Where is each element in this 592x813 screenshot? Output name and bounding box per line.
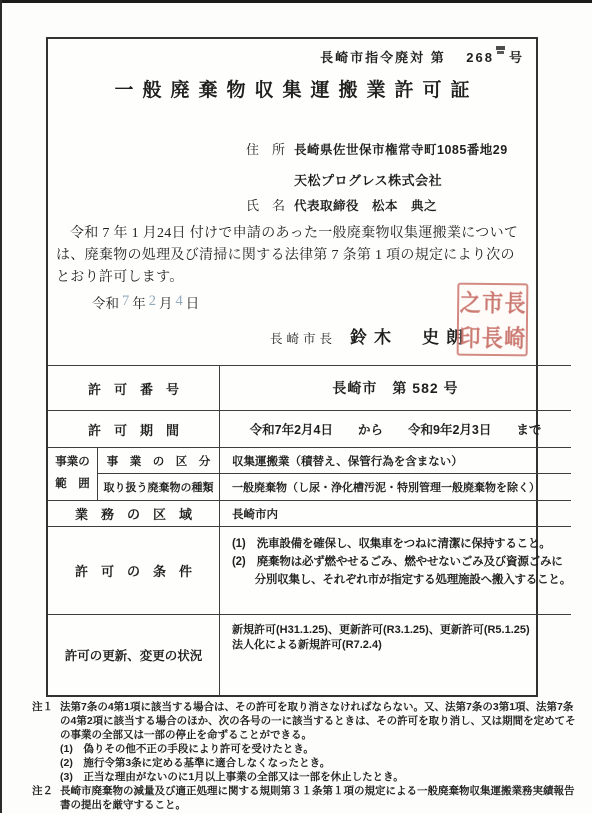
certificate-title: 一般廃棄物収集運搬業許可証 bbox=[48, 75, 536, 102]
seal-char: 印 bbox=[459, 317, 482, 356]
issue-date-year-unit: 年 bbox=[132, 296, 146, 311]
note-1-item: (2) 施行令第3条に定める基準に適合しなくなったとき。 bbox=[60, 756, 580, 770]
holder-address-row: 住 所 長崎県佐世保市権常寺町1085番地29 bbox=[246, 139, 508, 158]
note-2: 注２長崎市廃棄物の減量及び適正処理に関する規則第３１条第１項の規定による一般廃棄… bbox=[32, 784, 580, 812]
official-seal-stamp-icon: 之 市 長 印 長 崎 bbox=[457, 283, 529, 357]
business-scope-group-label: 事業の 範 囲 bbox=[48, 447, 97, 500]
scan-edge-left bbox=[0, 0, 2, 813]
permit-period-label: 許 可 期 間 bbox=[48, 410, 219, 447]
issue-date-year: 7 bbox=[122, 293, 129, 309]
holder-company-row: 天松プログレス株式会社 bbox=[294, 170, 442, 190]
issue-date-month-unit: 月 bbox=[159, 296, 173, 311]
issue-date-month: 2 bbox=[149, 293, 156, 309]
note-1-label: 注１ bbox=[32, 701, 53, 713]
permit-period-value: 令和7年2月4日 から 令和9年2月3日 まで bbox=[219, 410, 571, 447]
issuer-name: 鈴木 史朗 bbox=[350, 323, 470, 348]
issue-date-day: 4 bbox=[176, 293, 183, 309]
note-2-label: 注２ bbox=[32, 785, 53, 797]
seal-char: 長 bbox=[481, 317, 504, 356]
issue-date-day-unit: 日 bbox=[186, 296, 200, 311]
seal-char: 之 bbox=[459, 283, 482, 322]
issue-date-era: 令和 bbox=[92, 296, 119, 311]
permit-number-value: 長崎市 第 582 号 bbox=[219, 365, 571, 410]
footnotes: 注１法第7条の4第1項に該当する場合は、その許可を取り消さなければならない。又、… bbox=[32, 700, 580, 813]
permit-number-label: 許 可 番 号 bbox=[48, 365, 219, 410]
issue-date: 令和7年2月4日 bbox=[92, 292, 199, 313]
note-1: 注１法第7条の4第1項に該当する場合は、その許可を取り消さなければならない。又、… bbox=[32, 700, 580, 742]
business-area-value: 長崎市内 bbox=[219, 500, 571, 526]
conditions-value: (1) 洗車設備を確保し、収集車をつねに清潔に保持すること。 (2) 廃棄物は必… bbox=[219, 526, 571, 614]
holder-name-row: 氏 名 代表取締役 松本 典之 bbox=[246, 195, 437, 214]
grant-statement: 令和 7 年 1 月24日 付けで申請のあった一般廃棄物収集運搬業については、廃… bbox=[56, 223, 520, 289]
condition-line: (1) 洗車設備を確保し、収集車をつねに清潔に保持すること。 bbox=[232, 536, 551, 554]
renewal-line: 法人化による新規許可(R7.2.4) bbox=[232, 638, 382, 653]
certificate-box: 長崎市指令廃対 第 268 号 一般廃棄物収集運搬業許可証 住 所 長崎県佐世保… bbox=[46, 37, 538, 697]
note-2-text: 長崎市廃棄物の減量及び適正処理に関する規則第３１条第１項の規定による一般廃棄物収… bbox=[60, 785, 575, 811]
company-name: 天松プログレス株式会社 bbox=[294, 173, 442, 188]
business-area-label: 業 務 の 区 域 bbox=[48, 500, 219, 526]
note-1-item: (1) 偽りその他不正の手段により許可を受けたとき。 bbox=[60, 742, 580, 756]
business-division-value: 収集運搬業（積替え、保管行為を含まない） bbox=[219, 447, 571, 473]
conditions-label: 許 可 の 条 件 bbox=[48, 526, 219, 614]
issuer-line: 長崎市長 鈴木 史朗 bbox=[270, 323, 470, 348]
waste-type-label: 取り扱う廃棄物の種類 bbox=[97, 473, 219, 500]
seal-char: 長 bbox=[504, 283, 527, 322]
seal-char: 市 bbox=[481, 283, 504, 322]
renewal-status-label: 許可の更新、変更の状況 bbox=[48, 614, 219, 695]
scanned-permit-page: 長崎市指令廃対 第 268 号 一般廃棄物収集運搬業許可証 住 所 長崎県佐世保… bbox=[0, 0, 592, 813]
scope-group-line1: 事業の bbox=[55, 452, 90, 474]
name-label: 氏 名 bbox=[246, 195, 286, 214]
scan-edge-top bbox=[0, 0, 592, 3]
renewal-line: 新規許可(H31.1.25)、更新許可(R3.1.25)、更新許可(R5.1.2… bbox=[232, 623, 530, 638]
business-division-label: 事 業 の 区 分 bbox=[97, 447, 219, 473]
condition-line: (2) 廃棄物は必ず燃やせるごみ、燃やせないごみ及び資源ごみに bbox=[232, 554, 563, 572]
issuer-title: 長崎市長 bbox=[270, 329, 336, 347]
seal-char: 崎 bbox=[503, 318, 526, 357]
document-number: 長崎市指令廃対 第 268 号 bbox=[320, 47, 524, 66]
address-label: 住 所 bbox=[246, 139, 286, 158]
note-1-text: 法第7条の4第1項に該当する場合は、その許可を取り消さなければならない。又、法第… bbox=[60, 701, 576, 741]
address-value: 長崎県佐世保市権常寺町1085番地29 bbox=[294, 140, 508, 158]
note-1-item: (3) 正当な理由がないのに1月以上事業の全部又は一部を休止したとき。 bbox=[60, 770, 580, 784]
scan-artifact-mark bbox=[496, 46, 505, 50]
waste-type-value: 一般廃棄物（し尿・浄化槽汚泥・特別管理一般廃棄物を除く） bbox=[219, 473, 571, 500]
permit-detail-table: 許 可 番 号 長崎市 第 582 号 許 可 期 間 令和7年2月4日 から … bbox=[48, 365, 536, 695]
representative-name: 代表取締役 松本 典之 bbox=[294, 196, 437, 214]
renewal-status-value: 新規許可(H31.1.25)、更新許可(R3.1.25)、更新許可(R5.1.2… bbox=[219, 614, 571, 695]
condition-line: 分別収集し、それぞれ市が指定する処理施設へ搬入すること。 bbox=[232, 572, 571, 590]
scope-group-line2: 範 囲 bbox=[55, 474, 90, 496]
